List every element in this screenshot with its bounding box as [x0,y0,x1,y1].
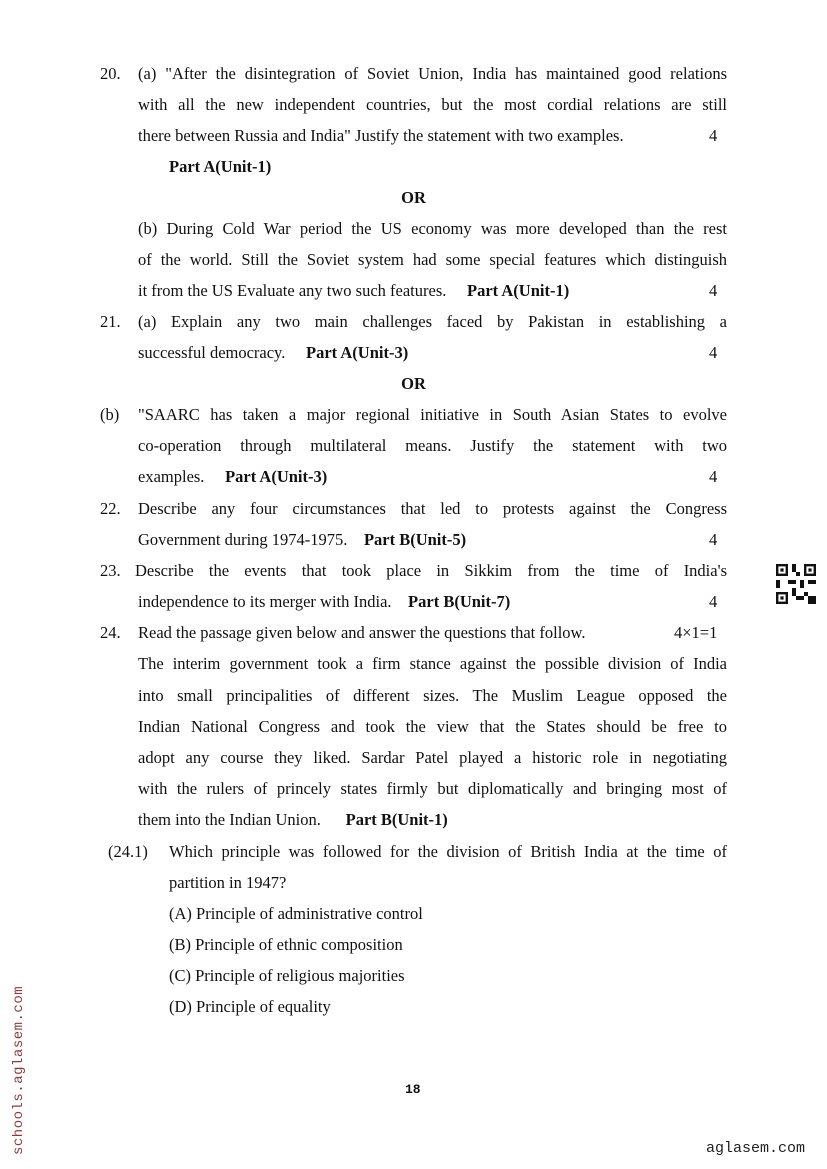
passage-line: adopt any course they liked. Sardar Pate… [138,748,727,768]
marks: 4 [709,343,717,363]
question-number: 23. [100,561,121,581]
question-text: co-operation through multilateral means.… [138,436,727,456]
sub-question-number: (24.1) [108,842,148,862]
question-number: 21. [100,312,121,332]
question-text: it from the US Evaluate any two such fea… [138,281,446,300]
marks: 4×1=1 [674,623,717,643]
marks: 4 [709,281,717,301]
marks: 4 [709,467,717,487]
marks: 4 [709,592,717,612]
qr-code-icon [776,564,816,604]
unit-tag: Part A(Unit-1) [467,281,569,300]
page-number: 18 [405,1082,421,1097]
option-d: (D) Principle of equality [169,997,331,1017]
question-text: Government during 1974-1975. [138,530,347,549]
marks: 4 [709,530,717,550]
question-text: there between Russia and India" Justify … [138,126,624,146]
question-number: 22. [100,499,121,519]
passage-line: with the rulers of princely states firml… [138,779,727,799]
question-text: (b) During Cold War period the US econom… [138,219,727,239]
side-watermark: schools.aglasem.com [11,986,27,1155]
footer-watermark: aglasem.com [706,1140,805,1157]
unit-tag: Part B(Unit-7) [408,592,510,611]
option-a: (A) Principle of administrative control [169,904,423,924]
passage-line: into small principalities of different s… [138,686,727,706]
question-text: examples. [138,467,204,486]
sub-question-text: Which principle was followed for the div… [169,842,727,862]
question-number: 20. [100,64,121,84]
question-text: of the world. Still the Soviet system ha… [138,250,727,270]
question-text: "SAARC has taken a major regional initia… [138,405,727,425]
marks: 4 [709,126,717,146]
sub-question-text: partition in 1947? [169,873,286,893]
question-text: (a) "After the disintegration of Soviet … [138,64,727,84]
question-text: independence to its merger with India. [138,592,392,611]
passage-line: The interim government took a firm stanc… [138,654,727,674]
option-c: (C) Principle of religious majorities [169,966,405,986]
unit-tag: Part A(Unit-3) [225,467,327,486]
passage-line: them into the Indian Union. [138,810,321,829]
passage-line: Indian National Congress and took the vi… [138,717,727,737]
unit-tag: Part A(Unit-1) [169,157,271,176]
or-divider: OR [0,374,827,394]
question-text: successful democracy. [138,343,285,362]
question-text: Describe the events that took place in S… [135,561,727,581]
question-text: with all the new independent countries, … [138,95,727,115]
question-number: 24. [100,623,121,643]
or-divider: OR [0,188,827,208]
option-b: (B) Principle of ethnic composition [169,935,403,955]
question-text: Read the passage given below and answer … [138,623,586,643]
question-text: (a) Explain any two main challenges face… [138,312,727,332]
unit-tag: Part A(Unit-3) [306,343,408,362]
unit-tag: Part B(Unit-1) [346,810,448,829]
option-label: (b) [100,405,119,425]
unit-tag: Part B(Unit-5) [364,530,466,549]
question-text: Describe any four circumstances that led… [138,499,727,519]
